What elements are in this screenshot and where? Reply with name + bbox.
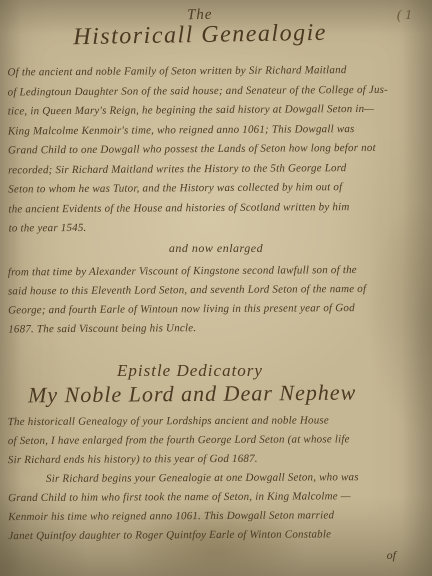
subheading-and-now-enlarged: and now enlarged	[0, 241, 432, 256]
body-line: Grand Child to him who first took the na…	[8, 487, 426, 508]
page-title: Historicall Genealogie	[0, 19, 400, 53]
body-line: Sir Richard begins your Genealogie at on…	[8, 468, 426, 489]
epistle-salutation: My Noble Lord and Dear Nephew	[28, 380, 356, 409]
paragraph-enlargement: from that time by Alexander Viscount of …	[8, 261, 427, 340]
body-line: Grand Child to one Dowgall who possest t…	[8, 139, 426, 161]
epistle-heading: Epistle Dedicatory	[0, 361, 380, 381]
title-block: The Historicall Genealogie	[0, 4, 400, 53]
body-line: to the year 1545.	[8, 217, 426, 239]
body-line: of Seton, I have enlarged from the fourt…	[8, 430, 426, 451]
body-line: The historicall Genealogy of your Lordsh…	[8, 411, 426, 432]
body-line: said house to this Eleventh Lord Seton, …	[8, 280, 426, 302]
body-line: Kenmoir his time who reigned anno 1061. …	[8, 506, 426, 527]
paragraph-introduction: Of the ancient and noble Family of Seton…	[7, 61, 426, 239]
catchword: of	[387, 548, 396, 563]
body-line: tice, in Queen Mary's Reign, he begining…	[8, 100, 426, 122]
body-line: Sir Richard ends his history) to this ye…	[8, 449, 426, 470]
body-line: 1687. The said Viscount being his Uncle.	[8, 318, 426, 340]
manuscript-page: ( 1 The Historicall Genealogie Of the an…	[0, 0, 432, 576]
paragraph-epistle-body: The historicall Genealogy of your Lordsh…	[8, 411, 427, 546]
body-line: Janet Quintfoy daughter to Roger Quintfo…	[8, 525, 426, 546]
